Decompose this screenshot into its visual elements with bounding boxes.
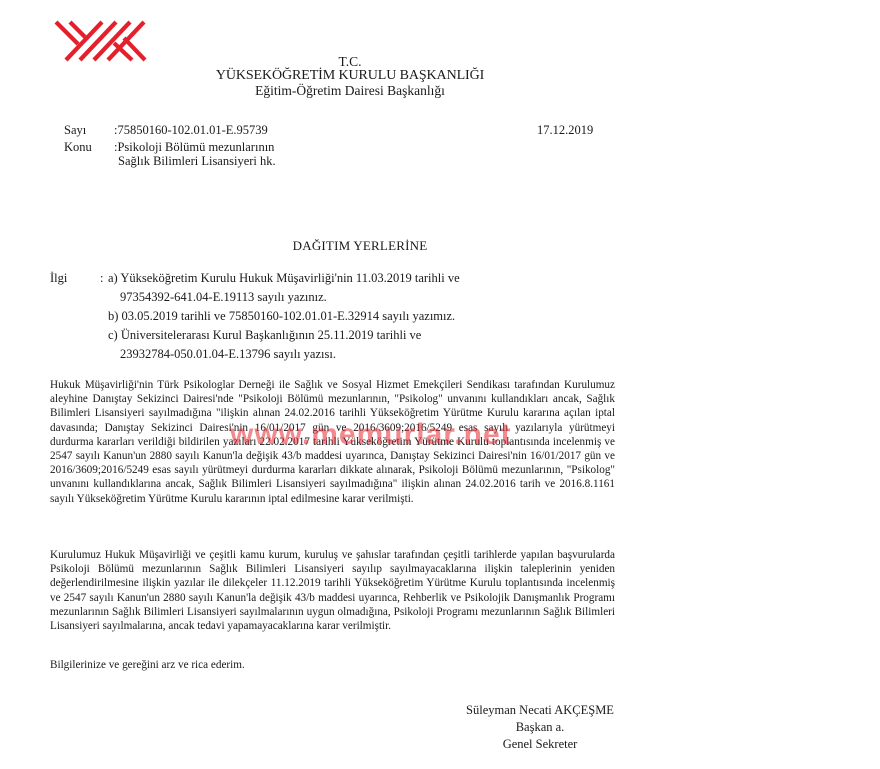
body-paragraph-2: Kurulumuz Hukuk Müşavirliği ve çeşitli k… [50, 548, 615, 633]
signatory-role: Genel Sekreter [430, 737, 650, 752]
document-date: 17.12.2019 [537, 123, 593, 138]
yok-logo-icon [52, 19, 148, 63]
ilgi-item-a: a) Yükseköğretim Kurulu Hukuk Müşavirliğ… [108, 271, 460, 285]
konu-value: :Psikoloji Bölümü mezunlarının [114, 140, 274, 154]
signatory-title: Başkan a. [430, 720, 650, 735]
sayi-label: Sayı [64, 123, 114, 137]
ilgi-item-c-continued: 23932784-050.01.04-E.13796 sayılı yazısı… [120, 347, 336, 361]
ilgi-item-c: c) Üniversitelerarası Kurul Başkanlığını… [108, 328, 421, 342]
recipient-heading: DAĞITIM YERLERİNE [200, 238, 520, 254]
ilgi-item-b: b) 03.05.2019 tarihli ve 75850160-102.01… [108, 309, 455, 323]
yok-logo [52, 19, 148, 63]
konu-value-continued: Sağlık Bilimleri Lisansiyeri hk. [118, 154, 276, 168]
header-institution: YÜKSEKÖĞRETİM KURULU BAŞKANLIĞI [160, 69, 540, 83]
header-department: Eğitim-Öğretim Dairesi Başkanlığı [160, 84, 540, 98]
closing-line: Bilgilerinize ve gereğini arz ve rica ed… [50, 658, 615, 672]
header-country: T.C. [160, 55, 540, 69]
body-paragraph-1: Hukuk Müşavirliği'nin Türk Psikologlar D… [50, 378, 615, 506]
ilgi-label: İlgi [50, 271, 67, 285]
sayi-value: :75850160-102.01.01-E.95739 [114, 123, 268, 137]
signatory-name: Süleyman Necati AKÇEŞME [430, 703, 650, 718]
ilgi-item-a-continued: 97354392-641.04-E.19113 sayılı yazınız. [120, 290, 327, 304]
konu-label: Konu [64, 140, 114, 154]
ilgi-colon: : [100, 271, 103, 285]
